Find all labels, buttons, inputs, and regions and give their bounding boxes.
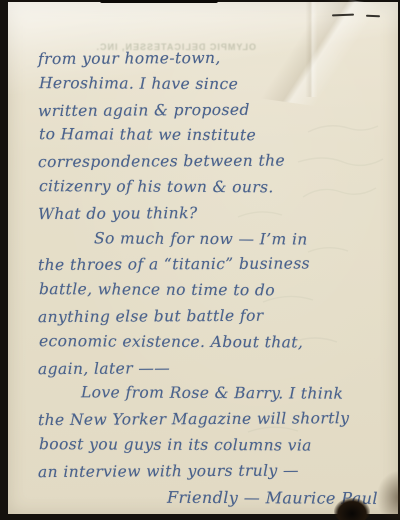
letter-line: citizenry of his town & ours. [39,174,389,202]
scan-dark-spot [334,498,370,520]
letter-line: to Hamai that we institute [39,122,389,150]
letter-line: economic existence. About that, [39,329,389,357]
scan-shadow [376,470,400,520]
letter-line: the New Yorker Magazine will shortly [38,406,388,434]
letter-line: an interview with yours truly — [38,458,388,486]
letter-line: boost you guys in its columns via [39,432,389,460]
letter-line: written again & proposed [38,97,388,125]
letter-line: again, later —— [38,354,388,382]
letter-line: So much for now — I’m in [39,226,389,254]
letter-line: anything else but battle for [38,303,388,331]
letter-line: the throes of a “titanic” business [38,251,388,279]
letter-line: Love from Rose & Barry. I think [39,380,389,408]
letter-body: from your home-town,Heroshima. I have si… [38,46,388,510]
letter-paper: OLYMPIC DELICATESSEN, INC. from your hom… [8,2,398,514]
letter-line: Heroshima. I have since [39,71,389,99]
letter-line: battle, whence no time to do [39,277,389,305]
letter-line: What do you think? [38,200,388,228]
letter-line: correspondences between the [38,148,388,176]
letter-line: from your home-town, [38,45,388,73]
pencil-mark [366,15,380,17]
scan-edge-notch [100,0,218,3]
scanned-letter-page: OLYMPIC DELICATESSEN, INC. from your hom… [0,0,400,520]
